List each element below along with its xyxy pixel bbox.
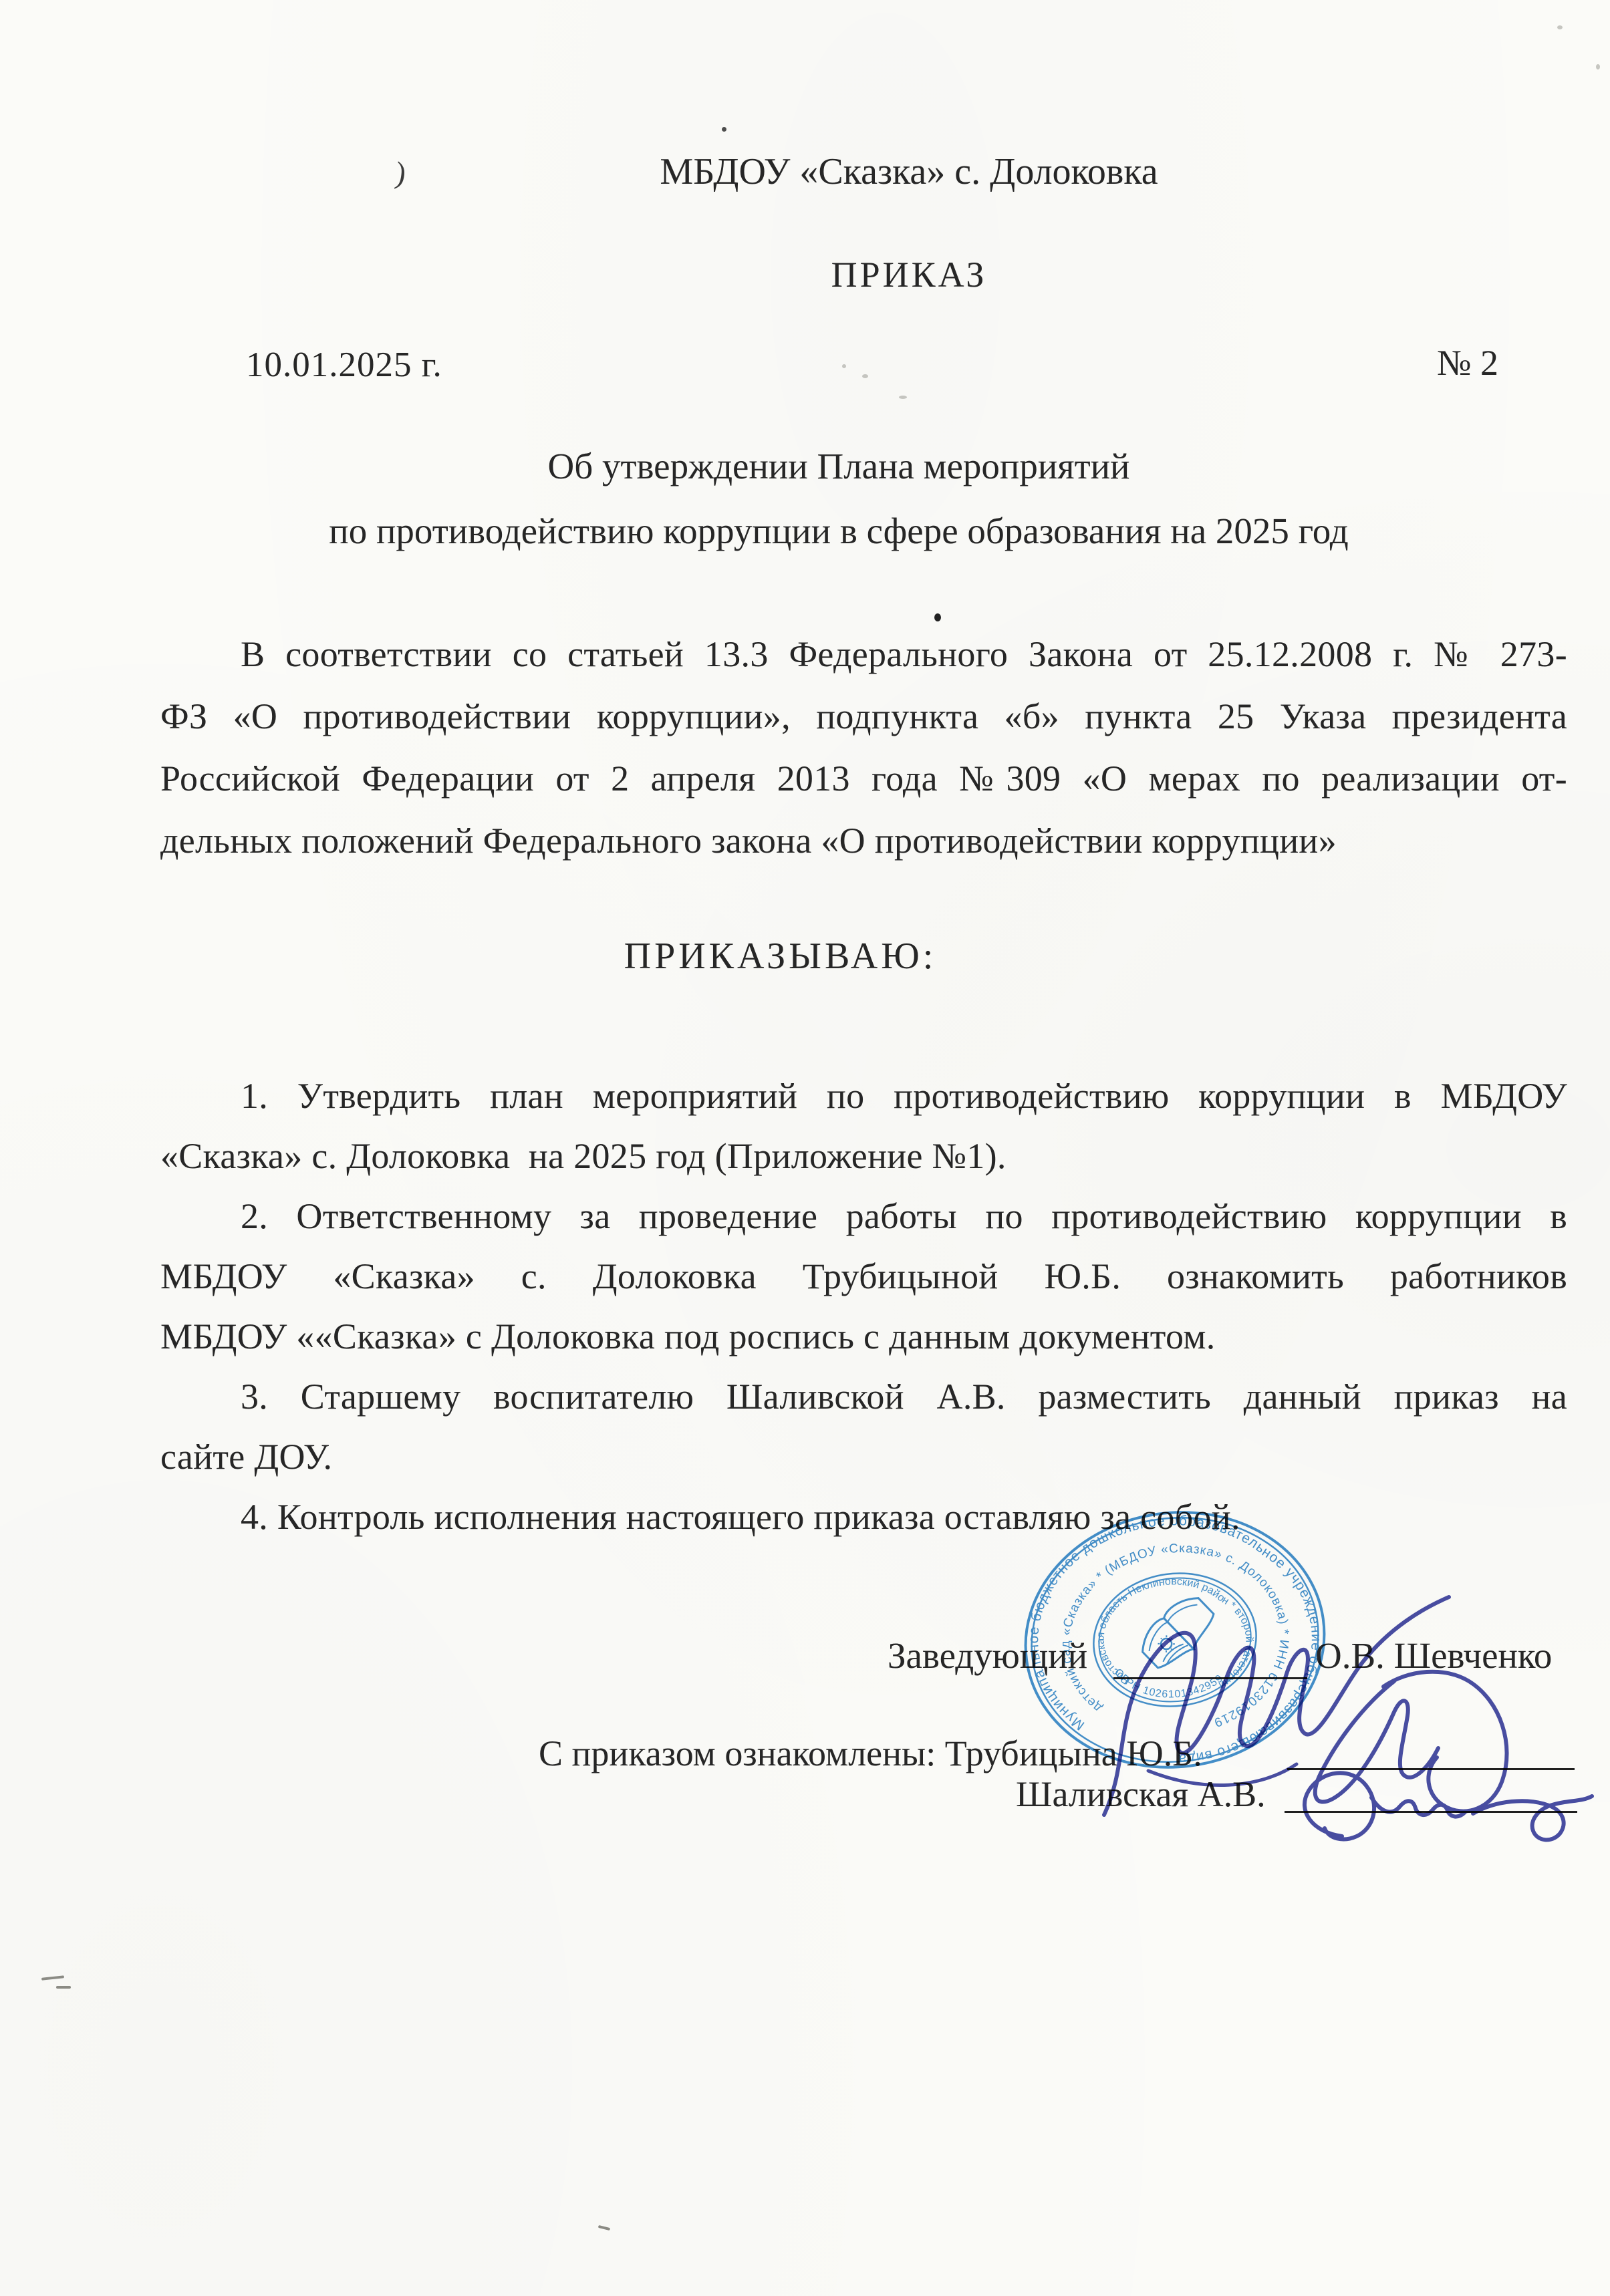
document-header: МБДОУ «Сказка» с. Долоковка ПРИКАЗ [374,140,1444,306]
scan-artifact-dot [722,127,726,132]
scanned-order-document: МБДОУ «Сказка» с. Долоковка ПРИКАЗ 10.01… [0,0,1610,2296]
scan-artifact-speck [842,364,846,368]
preamble: В соответствии со статьей 13.3 Федеральн… [160,623,1567,872]
director-name: О.В. Шевченко [1315,1634,1552,1677]
doc-date: 10.01.2025 г. [246,345,442,385]
scan-artifact-speck [1557,25,1563,29]
ack-signature-line-1 [1287,1768,1575,1770]
order-item-line: МБДОУ ««Сказка» с Долоковка под роспись … [160,1306,1567,1367]
order-item-line: «Сказка» с. Долоковка на 2025 год (Прило… [160,1126,1567,1186]
scan-artifact-dash [598,2225,610,2231]
ack-person-2: Шаливская А.В. [1016,1773,1266,1815]
doc-type: ПРИКАЗ [374,243,1444,306]
subject-line-1: Об утверждении Плана мероприятий [174,434,1504,498]
shalivskaya-signature [1305,1773,1592,1840]
official-stamp: Муниципальное бюджетное дошкольное образ… [1021,1508,1329,1772]
trubitsyna-signature [1315,1672,1507,1812]
scan-artifact-speck [899,396,907,399]
preamble-line: дельных положений Федерального закона «О… [160,810,1567,872]
order-item-line: 3. Старшему воспитателю Шаливской А.В. р… [160,1367,1567,1427]
order-item-line: 1. Утвердить план мероприятий по противо… [160,1066,1567,1126]
order-item-line: сайте ДОУ. [160,1427,1567,1487]
preamble-line: Российской Федерации от 2 апреля 2013 го… [160,748,1567,810]
doc-number: № 2 [1437,342,1498,384]
order-keyword: ПРИКАЗЫВАЮ: [160,935,1400,978]
preamble-line: В соответствии со статьей 13.3 Федеральн… [160,623,1567,686]
scan-artifact-dash [56,1986,71,1989]
scan-artifact-dash [41,1975,64,1981]
scan-artifact-speck [862,374,868,378]
order-item-line: 4. Контроль исполнения настоящего приказ… [160,1487,1567,1547]
order-item-line: МБДОУ «Сказка» с. Долоковка Трубицыной Ю… [160,1246,1567,1306]
stamp-emblem-book-icon [1134,1590,1222,1676]
order-item-line: 2. Ответственному за проведение работы п… [160,1186,1567,1246]
subject-block: Об утверждении Плана мероприятий по прот… [174,434,1504,563]
scan-artifact-speck [1596,64,1600,69]
preamble-line: ФЗ «О противодействии коррупции», подпун… [160,686,1567,748]
org-title: МБДОУ «Сказка» с. Долоковка [374,140,1444,203]
order-items: 1. Утвердить план мероприятий по противо… [160,1066,1567,1547]
scan-artifact-dot [934,613,941,621]
subject-line-2: по противодействию коррупции в сфере обр… [174,498,1504,563]
ack-label: С приказом ознакомлены: [539,1733,936,1773]
ack-signature-line-2 [1285,1811,1577,1813]
